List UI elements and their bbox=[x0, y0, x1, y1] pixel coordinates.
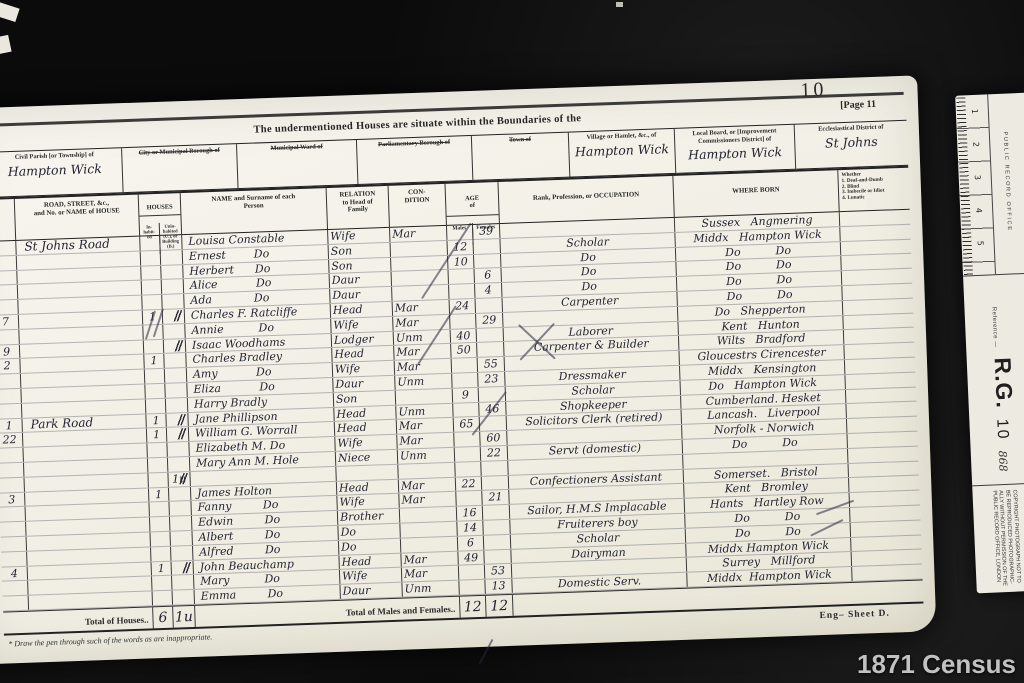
cell-sched bbox=[0, 374, 21, 389]
total-houses-label: Total of Houses.. bbox=[3, 607, 154, 633]
cell-un bbox=[166, 398, 188, 413]
cell-rel: Do bbox=[339, 538, 401, 554]
cell-inf bbox=[852, 565, 922, 581]
cell-inf bbox=[847, 432, 917, 448]
cell-sched bbox=[0, 330, 20, 345]
cell-am bbox=[449, 284, 475, 299]
tally-mark bbox=[479, 639, 494, 664]
cell-am: 16 bbox=[457, 506, 483, 521]
cell-inf bbox=[850, 505, 920, 521]
cell-af bbox=[484, 549, 511, 564]
cell-inh bbox=[148, 473, 168, 487]
cell-inh bbox=[142, 280, 162, 294]
cell-rel: Head bbox=[335, 420, 397, 436]
cell-rel: Head bbox=[339, 553, 401, 569]
cell-am bbox=[452, 373, 478, 388]
cell-af: 22 bbox=[481, 446, 508, 461]
pro-reference-card: 12345 PUBLIC RECORD OFFICE Reference — R… bbox=[955, 93, 1024, 594]
cell-cond: Mar bbox=[393, 300, 450, 316]
cell-sched bbox=[0, 389, 22, 404]
record-office-label: PUBLIC RECORD OFFICE bbox=[996, 97, 1013, 267]
cell-af: 55 bbox=[478, 357, 505, 372]
folio-number-stamp: 10 bbox=[800, 79, 827, 103]
cell-inf bbox=[847, 417, 917, 433]
cell-rel: Wife bbox=[337, 494, 399, 510]
cell-rel: Son bbox=[334, 391, 396, 407]
cell-inh: 1 bbox=[144, 354, 164, 368]
cell-af bbox=[476, 298, 503, 313]
col-condition: CON- DITION bbox=[389, 184, 447, 227]
cell-rel: Son bbox=[329, 257, 391, 273]
district-field: Village or Hamlet, &c., ofHampton Wick bbox=[569, 129, 676, 177]
cell-un bbox=[165, 383, 187, 398]
cell-rel: Head bbox=[332, 346, 394, 362]
cell-inf bbox=[849, 476, 919, 492]
cell-inf bbox=[846, 402, 916, 418]
cell-un bbox=[162, 279, 184, 294]
cell-af: 60 bbox=[480, 431, 507, 446]
total-males: 12 bbox=[460, 596, 487, 618]
cell-inh bbox=[151, 546, 171, 560]
cell-af: 39 bbox=[473, 224, 500, 239]
cell-inf bbox=[841, 254, 911, 270]
cell-inh bbox=[145, 384, 165, 398]
cell-rel: Son bbox=[329, 243, 391, 259]
ruler-number: 5 bbox=[976, 241, 985, 246]
cell-cond: Unm bbox=[396, 403, 453, 419]
cell-inf bbox=[840, 210, 910, 226]
cell-inh bbox=[141, 251, 161, 265]
reference-label: Reference — bbox=[990, 307, 998, 348]
cell-rel bbox=[336, 464, 398, 480]
cell-cond: Mar bbox=[395, 359, 452, 375]
cell-cond bbox=[401, 536, 458, 552]
cell-af bbox=[481, 461, 508, 476]
district-field-value: Hampton Wick bbox=[0, 160, 119, 179]
cell-af: 13 bbox=[485, 579, 512, 594]
cell-sched bbox=[0, 507, 26, 522]
piece-number: 868 bbox=[996, 450, 1010, 472]
cell-rel: Daur bbox=[340, 583, 402, 599]
cell-af bbox=[474, 254, 501, 269]
census-page: 10 The undermentioned Houses are situate… bbox=[0, 75, 936, 664]
cell-am: 10 bbox=[448, 255, 474, 270]
district-field-label: Local Board, or [Improvement Commissione… bbox=[678, 127, 791, 146]
district-field: Civil Parish [or Township] ofHampton Wic… bbox=[0, 148, 124, 197]
cell-am bbox=[456, 491, 482, 506]
cell-af: 21 bbox=[482, 490, 509, 505]
cell-un bbox=[173, 590, 195, 605]
cell-un bbox=[160, 235, 182, 250]
cell-af bbox=[477, 342, 504, 357]
cell-inh bbox=[146, 399, 166, 413]
col-age: AGE of Males Females bbox=[446, 182, 500, 225]
reference-number: 10 bbox=[992, 418, 1011, 441]
cell-inf bbox=[848, 446, 918, 462]
cell-sched: 2 bbox=[0, 359, 21, 374]
col-road-street: ROAD, STREET, &c., and No. or NAME of HO… bbox=[15, 195, 140, 240]
ruler-number: 4 bbox=[974, 208, 983, 213]
cell-am: 14 bbox=[457, 521, 483, 536]
cell-cond: Unm bbox=[402, 581, 459, 597]
district-field-label: Parliamentary Borough of bbox=[360, 138, 468, 149]
cell-rel: Do bbox=[338, 524, 400, 540]
footnote: * Draw the pen through such of the words… bbox=[8, 632, 212, 649]
cell-un bbox=[170, 516, 192, 531]
cell-af bbox=[477, 328, 504, 343]
watermark-caption: 1871 Census bbox=[857, 649, 1016, 680]
table-body: St Johns RoadLouisa ConstableWifeMar39Su… bbox=[0, 210, 923, 612]
cell-inf bbox=[852, 550, 922, 566]
district-field-label: Town of bbox=[475, 135, 565, 146]
cell-inf bbox=[842, 269, 912, 285]
cell-rel: Daur bbox=[333, 376, 395, 392]
district-field-value: Hampton Wick bbox=[678, 144, 791, 163]
cell-sched bbox=[3, 596, 29, 611]
col-infirmity: Whether 1. Deaf-and-Dumb 2. Blind 3. Imb… bbox=[838, 168, 909, 211]
cell-sched bbox=[0, 478, 25, 493]
cell-un bbox=[171, 546, 193, 561]
cell-cond bbox=[391, 241, 448, 257]
col-name: NAME and Surname of each Person bbox=[181, 188, 328, 234]
cell-inf bbox=[843, 298, 913, 314]
cell-inf bbox=[841, 239, 911, 255]
cell-sched: 1 bbox=[0, 418, 23, 433]
copyright-notice: COPYRIGHT PHOTOGRAPH NOT TO BE REPRODUCE… bbox=[987, 489, 1022, 593]
cell-inf bbox=[843, 313, 913, 329]
cell-af bbox=[473, 239, 500, 254]
cell-rel: Wife bbox=[340, 568, 402, 584]
cell-inf bbox=[846, 387, 916, 403]
cell-rel: Head bbox=[331, 302, 393, 318]
cell-am bbox=[459, 580, 485, 595]
cell-sched bbox=[0, 241, 17, 256]
photo-background: 10 The undermentioned Houses are situate… bbox=[0, 0, 1024, 683]
cell-inh bbox=[147, 443, 167, 457]
col-where-born: WHERE BORN bbox=[673, 170, 839, 217]
col-age-label: AGE of bbox=[446, 190, 499, 217]
cell-inh bbox=[149, 502, 169, 516]
cell-un bbox=[161, 265, 183, 280]
cell-am: 6 bbox=[458, 536, 484, 551]
cell-sched: 7 bbox=[0, 315, 19, 330]
cell-cond: Unm bbox=[394, 329, 451, 345]
cell-af: 4 bbox=[475, 283, 502, 298]
cell-inh bbox=[148, 458, 168, 472]
col-houses-label: HOUSES bbox=[139, 201, 180, 216]
cell-sched: 9 bbox=[0, 344, 20, 359]
cell-rel: Daur bbox=[330, 272, 392, 288]
reference-block: Reference — R.G. 10 868 bbox=[978, 278, 1022, 499]
ruler-number: 3 bbox=[973, 175, 982, 180]
cell-af: 23 bbox=[478, 372, 505, 387]
cell-inh bbox=[152, 576, 172, 590]
cell-cond bbox=[392, 270, 449, 286]
district-field: City or Municipal Borough of bbox=[122, 144, 238, 192]
cell-sched bbox=[0, 270, 18, 285]
cell-inf bbox=[845, 358, 915, 374]
cell-am bbox=[449, 269, 475, 284]
cell-am: 22 bbox=[456, 476, 482, 491]
cell-inf bbox=[840, 225, 910, 241]
cell-inh: 1 bbox=[147, 428, 167, 442]
cell-inh bbox=[144, 339, 164, 353]
cell-am bbox=[455, 462, 481, 477]
paper-speck bbox=[0, 2, 20, 22]
cell-inf bbox=[851, 520, 921, 536]
cell-cond: Mar bbox=[402, 566, 459, 582]
cell-rel: Niece bbox=[336, 450, 398, 466]
district-field: Town of bbox=[472, 133, 570, 180]
cell-sched bbox=[0, 522, 26, 537]
cell-inf bbox=[842, 284, 912, 300]
cell-cond: Mar bbox=[401, 551, 458, 567]
cell-am bbox=[453, 402, 479, 417]
district-field: Parliamentary Borough of bbox=[357, 136, 473, 184]
cell-am bbox=[452, 358, 478, 373]
cell-un bbox=[161, 250, 183, 265]
cell-rel: Head bbox=[337, 479, 399, 495]
cell-sched bbox=[2, 581, 28, 596]
cell-un bbox=[164, 353, 186, 368]
district-field-label: City or Municipal Borough of bbox=[125, 146, 233, 157]
cell-af: 29 bbox=[476, 313, 503, 328]
cell-cond bbox=[400, 522, 457, 538]
cell-sched bbox=[0, 285, 18, 300]
cell-sched bbox=[0, 256, 17, 271]
cell-af bbox=[483, 520, 510, 535]
cell-un bbox=[172, 575, 194, 590]
cell-rel: Wife bbox=[331, 317, 393, 333]
cell-inf bbox=[844, 328, 914, 344]
district-field: Ecclesiastical District ofSt Johns bbox=[795, 121, 908, 169]
cell-cond bbox=[398, 462, 455, 478]
cell-inf bbox=[849, 461, 919, 477]
cell-rel: Lodger bbox=[332, 331, 394, 347]
cell-cond: Mar bbox=[390, 226, 447, 242]
cell-af: 6 bbox=[475, 268, 502, 283]
district-field-value: Hampton Wick bbox=[572, 141, 671, 159]
sheet-label: Eng– Sheet D. bbox=[819, 609, 890, 621]
cell-inh: 1 bbox=[152, 561, 172, 575]
district-field: Municipal Ward of bbox=[237, 140, 358, 188]
total-houses-inhabited: 6 bbox=[153, 607, 174, 629]
cell-am bbox=[450, 314, 476, 329]
cell-rel: Wife bbox=[333, 361, 395, 377]
cell-am bbox=[455, 447, 481, 462]
cell-sched: 22 bbox=[0, 433, 23, 448]
cell-af: 53 bbox=[485, 564, 512, 579]
ruler-number: 1 bbox=[970, 109, 979, 114]
cell-rel: Wife bbox=[328, 228, 390, 244]
cell-rel: Head bbox=[334, 405, 396, 421]
cell-inh bbox=[153, 591, 173, 605]
cell-cond bbox=[396, 389, 453, 405]
cell-cond bbox=[400, 507, 457, 523]
cell-am: 9 bbox=[453, 388, 479, 403]
cell-sched: 4 bbox=[2, 566, 28, 581]
total-houses-uninhabited: 1u bbox=[173, 606, 196, 628]
cell-inh bbox=[140, 236, 160, 250]
col-schedule-number bbox=[0, 199, 16, 241]
cell-sched bbox=[0, 463, 24, 478]
cell-sched bbox=[1, 551, 27, 566]
paper-speck bbox=[0, 35, 12, 54]
district-field: Local Board, or [Improvement Commissione… bbox=[675, 125, 796, 173]
cell-rel: Wife bbox=[335, 435, 397, 451]
cell-sched: 3 bbox=[0, 492, 25, 507]
col-occupation: Rank, Profession, or OCCUPATION bbox=[498, 176, 674, 223]
ruler-number: 2 bbox=[971, 142, 980, 147]
cell-un bbox=[163, 324, 185, 339]
cell-af bbox=[484, 535, 511, 550]
cell-un bbox=[165, 368, 187, 383]
cell-un bbox=[167, 442, 189, 457]
col-houses: HOUSES In- habit- ed Unin- habited (U.),… bbox=[139, 193, 182, 235]
cell-cond: Mar bbox=[397, 433, 454, 449]
cell-cond: Mar bbox=[399, 492, 456, 508]
district-field-value: St Johns bbox=[798, 132, 904, 151]
cell-cond: Mar bbox=[397, 418, 454, 434]
cell-am: 40 bbox=[451, 328, 477, 343]
cell-am bbox=[459, 565, 485, 580]
cell-sched bbox=[0, 300, 19, 315]
paper-speck bbox=[616, 2, 623, 7]
cell-sched bbox=[0, 404, 22, 419]
cell-un bbox=[168, 457, 190, 472]
cell-cond: Mar bbox=[399, 477, 456, 493]
district-field-label: Municipal Ward of bbox=[240, 142, 353, 153]
cell-inf bbox=[844, 343, 914, 359]
cell-inh bbox=[145, 369, 165, 383]
total-females: 12 bbox=[486, 595, 514, 617]
cell-un bbox=[162, 294, 184, 309]
cell-inh bbox=[150, 532, 170, 546]
cell-am: 50 bbox=[451, 343, 477, 358]
cell-un bbox=[170, 531, 192, 546]
cell-rel: Brother bbox=[338, 509, 400, 525]
cell-inh: 1 bbox=[146, 413, 166, 427]
cell-un bbox=[169, 487, 191, 502]
cell-rel: Daur bbox=[330, 287, 392, 303]
cell-af bbox=[483, 505, 510, 520]
cell-un bbox=[169, 501, 191, 516]
cell-sched bbox=[1, 537, 27, 552]
cell-inh: 1 bbox=[149, 487, 169, 501]
cell-inf bbox=[851, 535, 921, 551]
cell-inf bbox=[845, 372, 915, 388]
cell-cond: Unm bbox=[395, 374, 452, 390]
cell-inh bbox=[142, 295, 162, 309]
col-relation: RELATION to Head of Family bbox=[327, 186, 390, 229]
cell-sched bbox=[0, 448, 24, 463]
cell-inf bbox=[850, 491, 920, 507]
reference-series: R.G. bbox=[989, 357, 1018, 409]
cell-inh bbox=[150, 517, 170, 531]
cell-inh bbox=[141, 265, 161, 279]
cell-am: 49 bbox=[458, 550, 484, 565]
page-number: [Page 11 bbox=[840, 99, 876, 111]
cell-am bbox=[454, 432, 480, 447]
cell-af bbox=[482, 475, 509, 490]
cell-cond: Unm bbox=[398, 448, 455, 464]
